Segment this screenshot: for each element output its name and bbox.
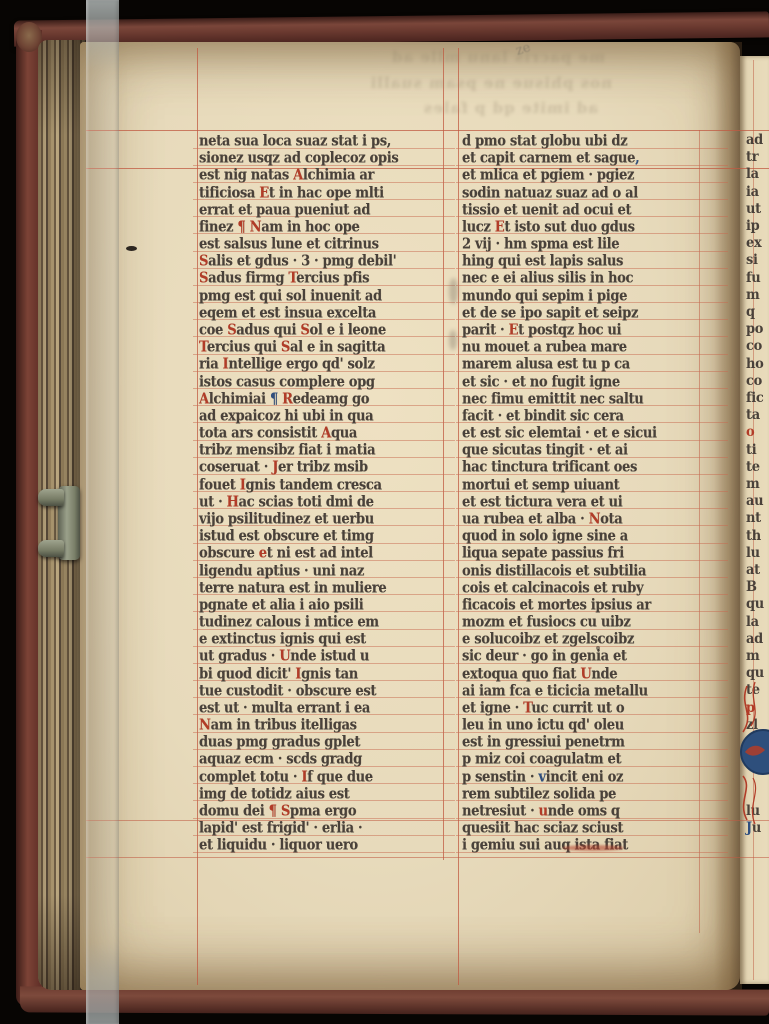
manuscript-text-line: img de totidz aius est [199,786,349,803]
manuscript-text-line: eqem et est insua excelta [199,305,376,322]
manuscript-text-line: la [746,614,759,631]
manuscript-text-line: te [746,459,760,476]
clasp [38,486,82,560]
manuscript-text-line: p miz coi coagulatm et [462,751,621,768]
manuscript-text-line: extoqua quo fiat Unde [462,666,617,683]
manuscript-text-line: istos casus complere opg [199,374,375,391]
manuscript-text-line: fic [746,390,764,407]
manuscript-text-line: ip [746,218,759,235]
manuscript-text-line: e solucoibz et zgelscoibz [462,631,634,648]
illuminated-initial-icon [729,680,769,840]
manuscript-text-line: po [746,321,763,338]
manuscript-text-line: ut gradus · Unde istud u [199,648,369,665]
manuscript-text-line: ti [746,442,756,459]
manuscript-photo: me pacris lanu mlle ad nos phisue ne psa… [0,0,769,1024]
manuscript-text-line: est salsus lune et citrinus [199,236,379,253]
showthrough-text-line: ad imite qd p fales [238,99,598,117]
manuscript-text-line: quesiit hac sciaz sciust [462,820,623,837]
manuscript-text-line: et est sic elemtai · et e sicui [462,425,657,442]
manuscript-text-line: netresiut · unde oms q [462,803,620,820]
manuscript-text-line: Tercius qui Sal e in sagitta [199,339,385,356]
manuscript-text-line: mortui et semp uiuant [462,477,619,494]
manuscript-text-line: Alchimiai ¶ Redeamg go [199,391,369,408]
manuscript-text-line: ria Intellige ergo qd' solz [199,356,375,373]
manuscript-text-line: ligendu aptius · uni naz [199,563,364,580]
manuscript-text-line: ut [746,201,761,218]
manuscript-text-line: qu [746,596,764,613]
manuscript-text-line: lapid' est frigid' · erlia · [199,820,362,837]
manuscript-text-line: istud est obscure et timg [199,528,374,545]
manuscript-text-line: fu [746,270,760,287]
manuscript-text-line: tificiosa Et in hac ope mlti [199,185,384,202]
manuscript-text-line: co [746,338,762,355]
manuscript-text-line: Sadus firmg Tercius pfis [199,270,369,287]
manuscript-text-line: Nam in tribus itelligas [199,717,357,734]
manuscript-text-line: m [746,287,759,304]
manuscript-text-line: ho [746,356,764,373]
manuscript-text-line: nec e ei alius silis in hoc [462,270,633,287]
manuscript-text-line: tota ars consistit Aqua [199,425,357,442]
manuscript-text-line: rem subtilez solida pe [462,786,616,803]
manuscript-text-line: quod in solo igne sine a [462,528,628,545]
manuscript-text-line: cois et calcinacois et ruby [462,580,643,597]
right-text-column: d pmo stat globu ubi dzet capit carnem e… [462,133,728,863]
manuscript-text-line: nt [746,510,761,527]
manuscript-text-line: fouet Ignis tandem cresca [199,477,382,494]
manuscript-text-line: mozm et fusiocs cu uibz [462,614,630,631]
manuscript-text-line: parit · Et postqz hoc ui [462,322,621,339]
manuscript-text-line: ua rubea et alba · Nota [462,511,622,528]
manuscript-text-line: bi quod dicit' Ignis tan [199,666,358,683]
manuscript-text-line: ta [746,407,760,424]
manuscript-text-line: si [746,252,758,269]
manuscript-text-line: et igne · Tuc currit ut o [462,700,624,717]
manuscript-text-line: at [746,562,760,579]
manuscript-text-line: neta sua loca suaz stat i ps, [199,133,391,150]
manuscript-text-line: lucz Et isto sut duo gdus [462,219,635,236]
manuscript-text-line: mundo qui sepim i pige [462,288,627,305]
manuscript-text-line: complet totu · If que due [199,769,373,786]
manuscript-text-line: est nig natas Alchimia ar [199,167,374,184]
manuscript-text-line: Salis et gdus · 3 · pmg debil' [199,253,396,270]
manuscript-text-line: hing qui est lapis salus [462,253,623,270]
manuscript-text-line: ficacois et mortes ipsius ar [462,597,651,614]
ruling-horizontal-top-a [86,130,769,131]
manuscript-text-line: est in gressiui penetrm [462,734,625,751]
manuscript-text-line: aquaz ecm · scds gradg [199,751,362,768]
manuscript-text-line: leu in uno ictu qd' oleu [462,717,624,734]
manuscript-text-line: ia [746,184,759,201]
ruling-vertical-gutter-b [458,48,459,985]
manuscript-text-line: ad [746,132,763,149]
manuscript-text-line: coseruat · Jer tribz msib [199,459,368,476]
manuscript-text-line: B [746,579,757,596]
manuscript-text-line: ex [746,235,761,252]
manuscript-text-line: et mlica et pgiem · pgiez [462,167,634,184]
manuscript-text-line: tue custodit · obscure est [199,683,376,700]
manuscript-text-line: tribz mensibz fiat i matia [199,442,375,459]
showthrough-text-line: nos phisue ne psam sualli [212,74,612,92]
manuscript-text-line: th [746,528,761,545]
manuscript-text-line: m [746,476,759,493]
clasp-hook-top [38,489,64,506]
manuscript-text-line: que sicutas tingit · et ai [462,442,628,459]
manuscript-text-line: et sic · et no fugit igne [462,374,620,391]
ruling-vertical-left [197,48,198,985]
manuscript-text-line: m [746,648,759,665]
manuscript-text-line: nec fimu emittit nec saltu [462,391,643,408]
manuscript-text-line: hac tinctura trificant oes [462,459,637,476]
manuscript-text-line: ai iam fca e ticicia metallu [462,683,648,700]
manuscript-text-line: nu mouet a rubea mare [462,339,627,356]
manuscript-text-line: co [746,373,762,390]
manuscript-text-line: pgnate et alia i aio psili [199,597,363,614]
manuscript-text-line: et de se ipo sapit et seipz [462,305,638,322]
manuscript-text-line: o [746,424,754,441]
manuscript-text-line: 2 vij · hm spma est lile [462,236,619,253]
manuscript-text-line: ut · Hac scias toti dmi de [199,494,374,511]
manuscript-text-line: p senstin · vincit eni oz [462,769,623,786]
manuscript-text-line: d pmo stat globu ubi dz [462,133,627,150]
manuscript-text-line: errat et paua pueniut ad [199,202,370,219]
manuscript-text-line: facit · et bindit sic cera [462,408,624,425]
red-flourish-mark [562,845,624,851]
manuscript-text-line: coe Sadus qui Sol e i leone [199,322,386,339]
manuscript-text-line: la [746,166,759,183]
manuscript-text-line: tr [746,149,758,166]
manuscript-text-line: liqua sepate passius fri [462,545,624,562]
showthrough-smudge [449,330,457,350]
manuscript-text-line: finez ¶ Nam in hoc ope [199,219,360,236]
manuscript-text-line: pmg est qui sol inuenit ad [199,288,382,305]
manuscript-text-line: est ut · multa errant i ea [199,700,370,717]
manuscript-text-line: ad expaicoz hi ubi in qua [199,408,373,425]
book-cover-bottom-edge [20,986,769,1015]
manuscript-text-line: et est tictura vera et ui [462,494,622,511]
manuscript-text-line: e extinctus ignis qui est [199,631,366,648]
manuscript-text-line: tissio et uenit ad ocui et [462,202,631,219]
manuscript-text-line: sodin natuaz suaz ad o al [462,185,638,202]
manuscript-text-line: sic deur · go in genia et [462,648,627,665]
manuscript-text-line: tudinez calous i mtice em [199,614,379,631]
manuscript-text-line: q [746,304,755,321]
manuscript-text-line: domu dei ¶ Spma ergo [199,803,356,820]
manuscript-text-line: lu [746,545,760,562]
manuscript-text-line: marem alusa est tu p ca [462,356,630,373]
dust-speck [126,246,137,251]
manuscript-text-line: sionez usqz ad coplecoz opis [199,150,398,167]
showthrough-smudge [449,278,458,304]
left-text-column: neta sua loca suaz stat i ps,sionez usqz… [199,133,447,863]
manuscript-text-line: et capit carnem et sague, [462,150,639,167]
manuscript-text-line: terre natura est in muliere [199,580,386,597]
dust-speck [596,646,600,650]
manuscript-text-line: onis distillacois et subtilia [462,563,646,580]
manuscript-text-line: vijo psilitudinez et uerbu [199,511,374,528]
clasp-hook-bottom [38,540,64,557]
manuscript-text-line: ad [746,631,763,648]
manuscript-text-line: duas pmg gradus gplet [199,734,360,751]
manuscript-text-line: et liquidu · liquor uero [199,837,358,854]
manuscript-text-line: au [746,493,763,510]
showthrough-text-line: me pacris lanu mlle ad [205,48,605,66]
bookmark-ribbon [86,0,119,1024]
manuscript-text-line: obscure et ni est ad intel [199,545,373,562]
